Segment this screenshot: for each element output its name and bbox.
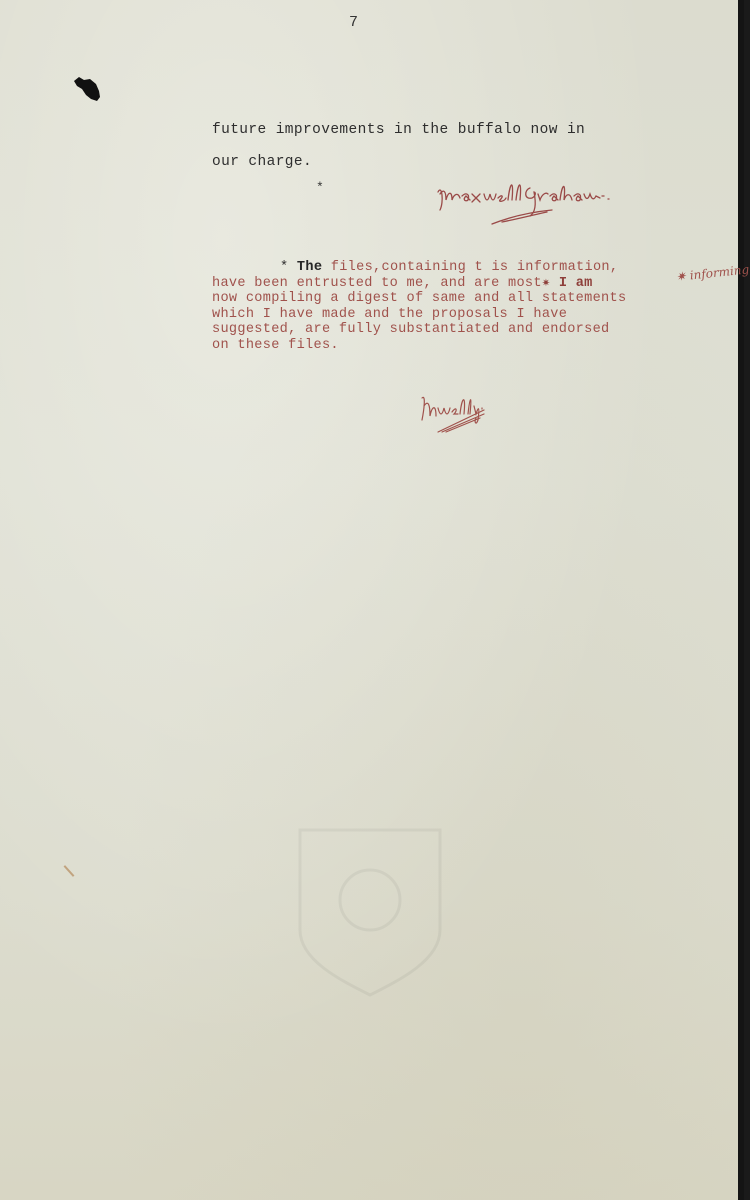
footnote-line-5: suggested, are fully substantiated and e… bbox=[212, 322, 610, 337]
watermark-crest bbox=[280, 820, 460, 1000]
footnote-marker: * bbox=[212, 260, 297, 275]
footnote-first-word: The bbox=[297, 260, 322, 275]
footnote-line-6: on these files. bbox=[212, 338, 339, 353]
margin-insertion-mark: ✷ bbox=[675, 269, 686, 284]
body-text-line-1: future improvements in the buffalo now i… bbox=[212, 122, 585, 138]
footnote-reference-asterisk: * bbox=[316, 180, 324, 195]
document-page: 7 future improvements in the buffalo now… bbox=[0, 0, 744, 1200]
footnote-line-4: which I have made and the proposals I ha… bbox=[212, 307, 567, 322]
initials-mark bbox=[418, 386, 490, 436]
footnote-line-3: now compiling a digest of same and all s… bbox=[212, 291, 626, 306]
page-number: 7 bbox=[349, 14, 358, 31]
footnote-line-2b: I am bbox=[559, 276, 593, 291]
scan-border bbox=[738, 0, 744, 1200]
punch-hole-mark bbox=[72, 75, 102, 103]
footnote-line-2: have been entrusted to me, and are most bbox=[212, 276, 542, 291]
signature-maxwell-graham bbox=[432, 172, 632, 228]
footnote-block: * The files,containing t is information,… bbox=[212, 260, 626, 354]
footnote-line-1: files,containing t is information, bbox=[322, 260, 618, 275]
insertion-mark: ✷ bbox=[542, 276, 550, 291]
body-text-line-2: our charge. bbox=[212, 154, 312, 170]
paper-blemish bbox=[64, 865, 75, 877]
